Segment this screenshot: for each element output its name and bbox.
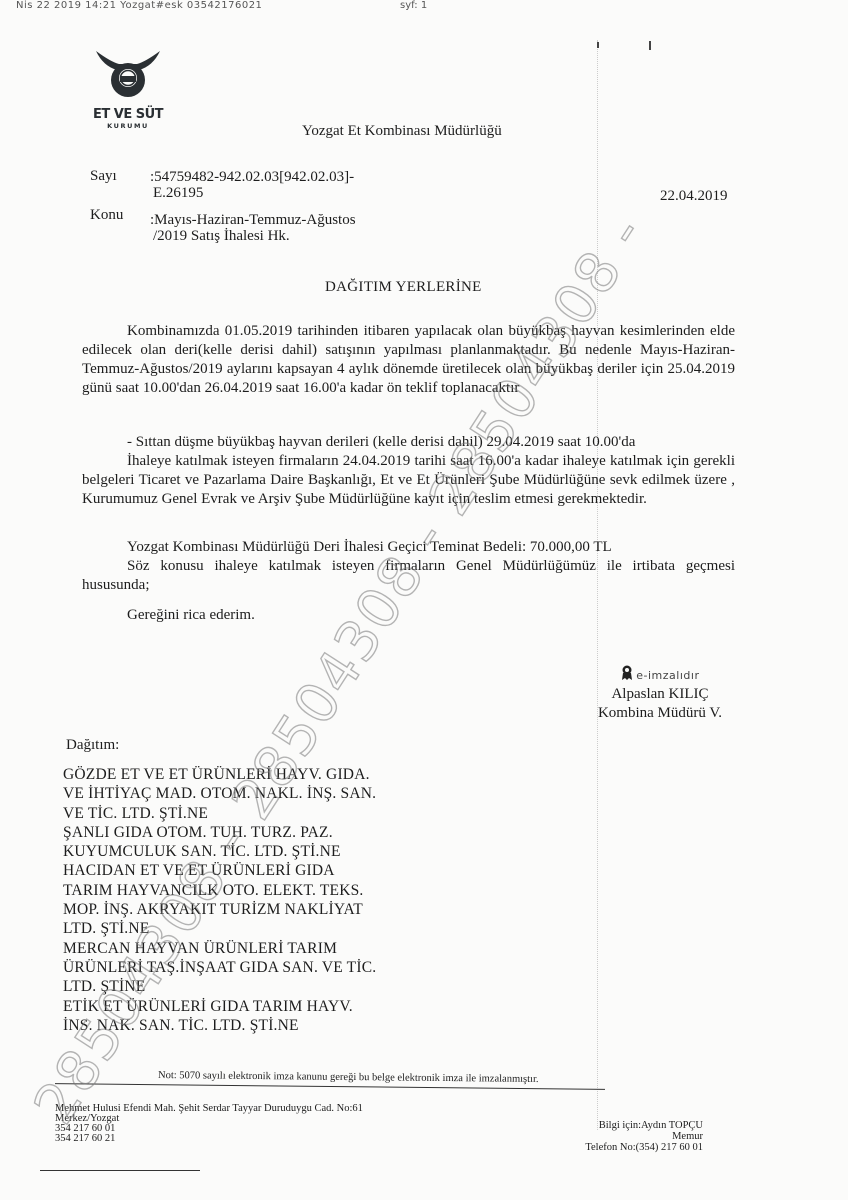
sayi-label: Sayı [90,168,117,185]
contact-phone: Telefon No:(354) 217 60 01 [555,1142,703,1153]
konu-value-line: :Mayıs-Haziran-Temmuz-Ağustos [150,212,356,228]
body-paragraph-6: Gereğini rica ederim. [82,606,735,625]
logo-subtitle: KURUMU [92,122,164,130]
distribution-line: TARIM HAYVANCILK OTO. ELEKT. TEKS. [63,881,376,900]
fax-page-number: syf: 1 [400,0,427,11]
contact-person: Bilgi için:Aydın TOPÇU [555,1120,703,1131]
address-block: Mehmet Hulusi Efendi Mah. Şehit Serdar T… [55,1104,363,1144]
distribution-line: LTD. ŞTİNE [63,977,376,996]
distribution-line: GÖZDE ET VE ET ÜRÜNLERİ HAYV. GIDA. [63,765,376,784]
signer-title: Kombina Müdürü V. [585,704,735,723]
sayi-value: :54759482-942.02.03[942.02.03]- E.26195 [150,169,354,201]
distribution-line: İNS. NAK. SAN. TİC. LTD. ŞTİ.NE [63,1016,376,1035]
signature-block: e-imzalıdır Alpaslan KILIÇ Kombina Müdür… [585,665,735,723]
salutation: DAĞITIM YERLERİNE [325,279,482,296]
sayi-value-line: E.26195 [150,185,354,201]
distribution-list: GÖZDE ET VE ET ÜRÜNLERİ HAYV. GIDA. VE İ… [63,765,376,1035]
distribution-line: ETİK ET ÜRÜNLERİ GIDA TARIM HAYV. [63,997,376,1016]
distribution-line: KUYUMCULUK SAN. TİC. LTD. ŞTİ.NE [63,842,376,861]
body-paragraph-4: Yozgat Kombinası Müdürlüğü Deri İhalesi … [82,538,735,557]
sayi-value-line: :54759482-942.02.03[942.02.03]- [150,169,354,185]
distribution-line: VE İHTİYAÇ MAD. OTOM. NAKL. İNŞ. SAN. [63,784,376,803]
footer-bottom-rule [40,1170,200,1171]
konu-value: :Mayıs-Haziran-Temmuz-Ağustos /2019 Satı… [150,212,356,244]
institution-logo: ET VE SÜT KURUMU [92,48,164,130]
body-paragraph-3: İhaleye katılmak isteyen firmaların 24.0… [82,452,735,509]
fax-header: Nis 22 2019 14:21 Yozgat#esk 03542176021 [16,0,262,11]
scan-mark [649,41,651,50]
distribution-line: LTD. ŞTİ.NE [63,919,376,938]
distribution-label: Dağıtım: [66,737,119,754]
distribution-line: VE TİC. LTD. ŞTİ.NE [63,804,376,823]
bull-head-icon [93,48,163,100]
esign-label: e-imzalıdır [636,669,699,682]
contact-role: Memur [555,1131,703,1142]
ribbon-badge-icon [621,665,633,681]
body-paragraph-2: - Sıttan düşme büyükbaş hayvan derileri … [82,433,735,452]
contact-block: Bilgi için:Aydın TOPÇU Memur Telefon No:… [555,1120,703,1153]
konu-label: Konu [90,207,123,224]
konu-value-line: /2019 Satış İhalesi Hk. [150,228,356,244]
distribution-line: ÜRÜNLERİ TAŞ.İNŞAAT GIDA SAN. VE TİC. [63,958,376,977]
distribution-line: HACIDAN ET VE ET ÜRÜNLERİ GIDA [63,861,376,880]
esign-badge: e-imzalıdır [585,665,735,685]
signer-name: Alpaslan KILIÇ [585,685,735,704]
distribution-line: MERCAN HAYVAN ÜRÜNLERİ TARIM [63,939,376,958]
document-date: 22.04.2019 [660,188,728,205]
address-line: 354 217 60 21 [55,1134,363,1144]
esign-legal-note: Not: 5070 sayılı elektronik imza kanunu … [158,1070,539,1085]
body-paragraph-1: Kombinamızda 01.05.2019 tarihinden itiba… [82,322,735,398]
distribution-line: ŞANLI GIDA OTOM. TUH. TURZ. PAZ. [63,823,376,842]
body-paragraph-5: Söz konusu ihaleye katılmak isteyen firm… [82,557,735,595]
logo-name: ET VE SÜT [92,107,164,122]
institution-title: Yozgat Et Kombinası Müdürlüğü [302,123,502,140]
scan-mark [597,42,599,48]
distribution-line: MOP. İNŞ. AKRYAKIT TURİZM NAKLİYAT [63,900,376,919]
